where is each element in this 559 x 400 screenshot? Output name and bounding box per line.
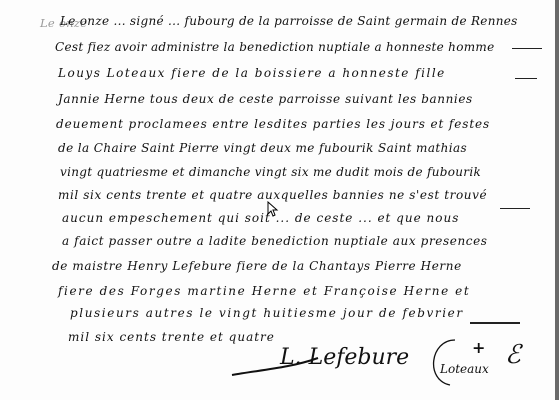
text-line-10: a faict passer outre a ladite benedictio… <box>62 234 488 248</box>
scanned-document-page: Le onze Le onze ... signé ... fubourg de… <box>0 0 555 400</box>
text-line-11: de maistre Henry Lefebure fiere de la Ch… <box>52 259 462 273</box>
line-filler-dash <box>515 78 537 79</box>
text-line-9: aucun empeschement qui soit ... de ceste… <box>62 211 459 225</box>
text-line-6: de la Chaire Saint Pierre vingt deux me … <box>58 141 467 155</box>
text-line-13: plusieurs autres le vingt huitiesme jour… <box>70 306 464 320</box>
line-filler-dash <box>470 322 520 324</box>
viewer-edge-bar <box>555 0 559 400</box>
line-filler-dash <box>512 48 542 49</box>
text-line-5: deuement proclamees entre lesdites parti… <box>56 117 490 131</box>
signature-3-paraph: ℰ <box>505 340 521 370</box>
text-line-7: vingt quatriesme et dimanche vingt six m… <box>60 165 481 179</box>
signature-flourish <box>425 335 465 390</box>
cross-mark: + <box>472 338 485 357</box>
text-line-4: Jannie Herne tous deux de ceste parroiss… <box>58 92 473 106</box>
text-line-8: mil six cents trente et quatre auxquelle… <box>58 188 487 202</box>
text-line-2: Cest fiez avoir administre la benedictio… <box>55 40 494 54</box>
text-line-12: fiere des Forges martine Herne et Franço… <box>58 284 470 298</box>
mouse-cursor-icon <box>267 201 279 217</box>
line-filler-dash <box>500 208 530 209</box>
signature-underline <box>230 350 320 380</box>
text-line-3: Louys Loteaux fiere de la boissiere a ho… <box>58 66 446 80</box>
text-line-14: mil six cents trente et quatre <box>68 330 275 344</box>
text-line-1: Le onze ... signé ... fubourg de la parr… <box>60 14 518 28</box>
